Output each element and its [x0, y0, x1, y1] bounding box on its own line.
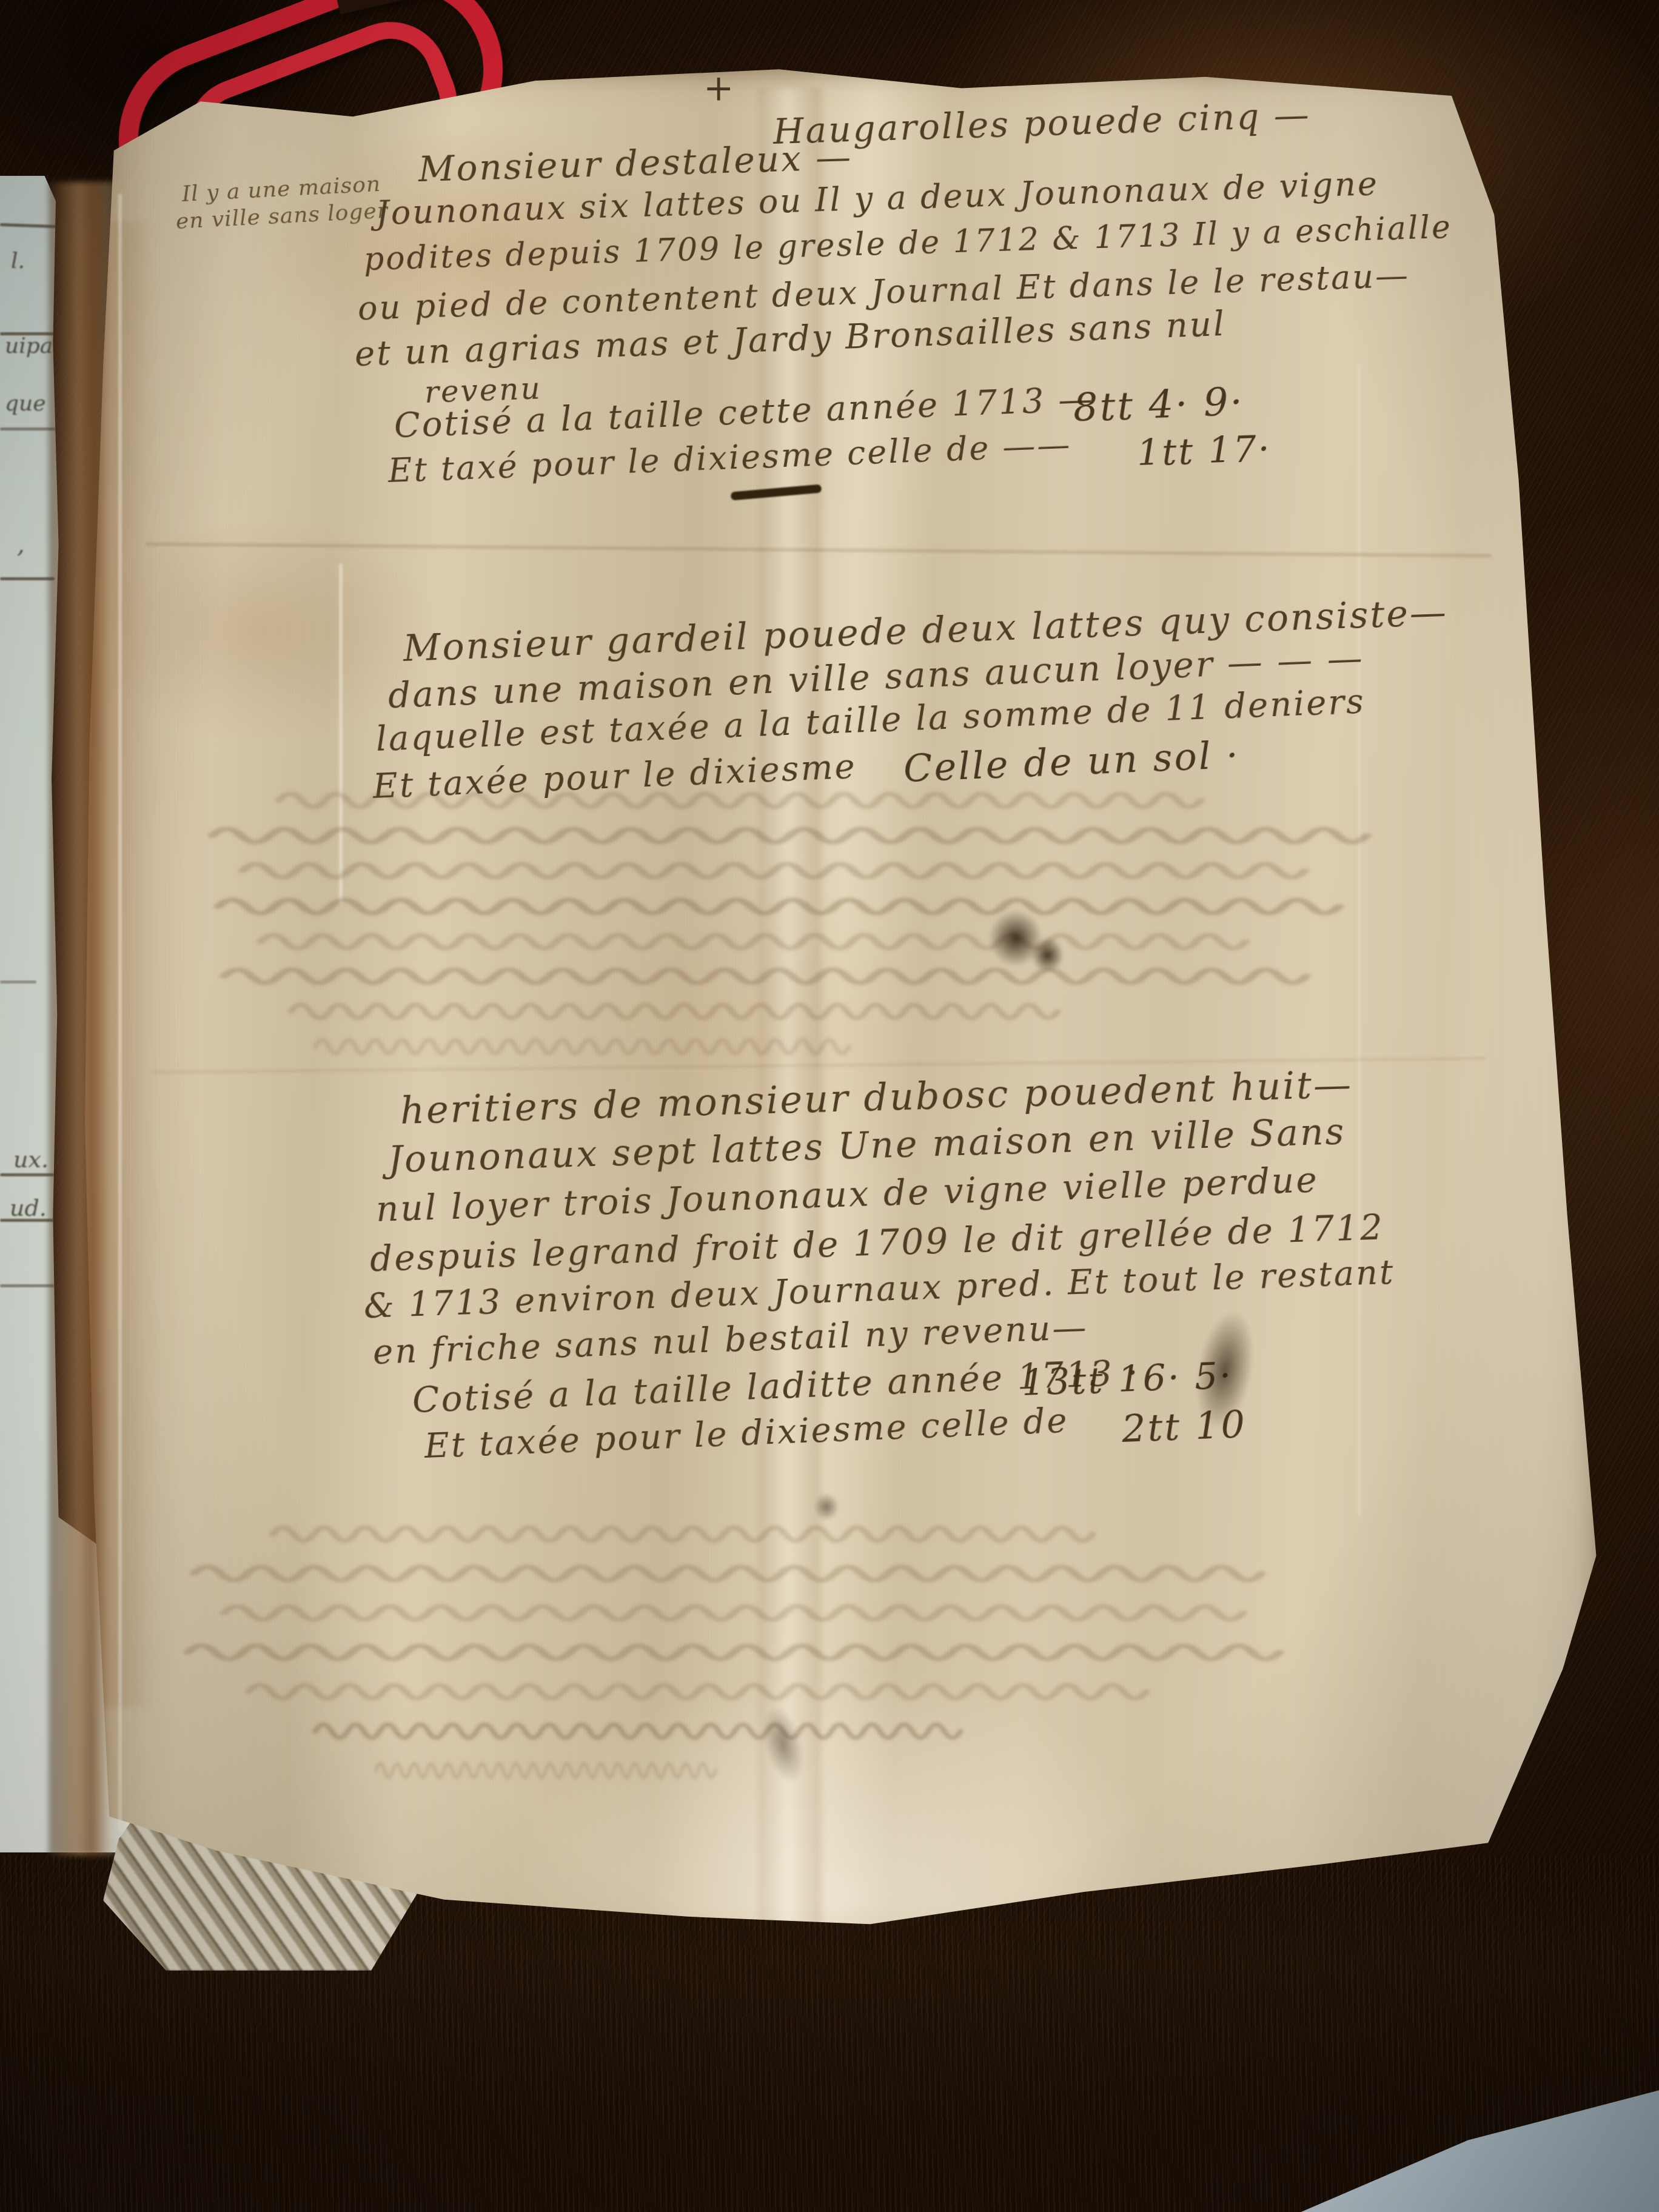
- ink-blot: [814, 1493, 839, 1521]
- gutter-crease-highlight: [119, 194, 121, 1831]
- bleedthrough-text-mid: [206, 782, 1407, 1073]
- ink-blot: [1031, 937, 1064, 973]
- text-fragment: que: [5, 391, 46, 416]
- bleedthrough-text-bottom: [182, 1510, 1316, 1795]
- line-end-dash: [0, 1284, 55, 1287]
- manuscript-page: + Il y a une maison en ville sans loger …: [79, 64, 1601, 1952]
- text-fragment: ux.: [13, 1146, 49, 1173]
- line-end-dash: [0, 980, 36, 984]
- photo-scene: { "scene": { "description": "Photograph …: [0, 0, 1659, 2212]
- entry-line: Haugarolles pouede cinq —: [773, 94, 1312, 152]
- assessment-amount: 1tt 17·: [1136, 427, 1272, 475]
- cross-mark: +: [703, 67, 736, 109]
- line-end-dash: [0, 577, 55, 580]
- text-fragment: ,: [17, 531, 25, 558]
- text-fragment: l.: [11, 249, 25, 273]
- text-fragment: uipa: [5, 333, 53, 358]
- assessment-amount: 8tt 4· 9·: [1073, 380, 1245, 431]
- gutter-fold: [49, 182, 127, 1855]
- text-fragment: ud.: [10, 1195, 47, 1221]
